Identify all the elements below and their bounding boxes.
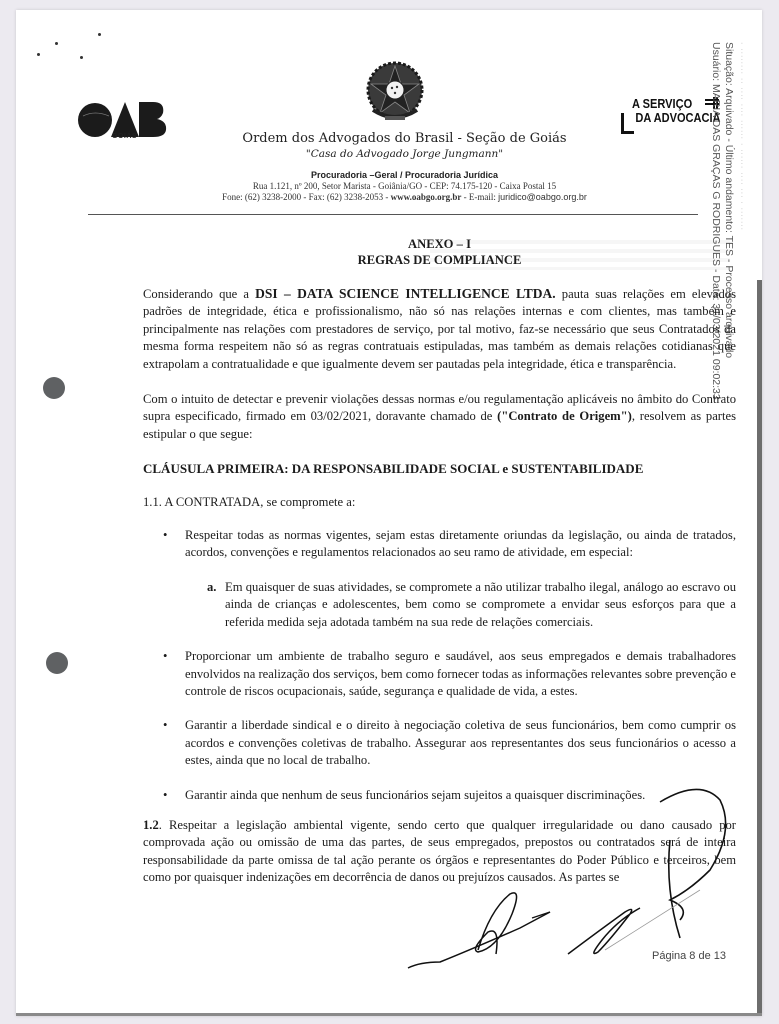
signature-1 bbox=[408, 912, 550, 968]
bullet-icon: • bbox=[163, 527, 167, 544]
item-1-2-label: 1.2 bbox=[143, 818, 159, 832]
list-item: •Respeitar todas as normas vigentes, sej… bbox=[143, 527, 736, 631]
phone-fax: Fone: (62) 3238-2000 - Fax: (62) 3238-20… bbox=[222, 192, 390, 202]
annex-subtitle: REGRAS DE COMPLIANCE bbox=[143, 252, 736, 268]
purpose-paragraph: Com o intuito de detectar e prevenir vio… bbox=[143, 391, 736, 443]
department-name: Procuradoria –Geral / Procuradoria Juríd… bbox=[0, 170, 779, 180]
contract-origin-label: ("Contrato de Origem") bbox=[497, 409, 632, 423]
sub-item-a: a.Em quaisquer de suas atividades, se co… bbox=[185, 579, 736, 631]
address: Rua 1.121, nº 200, Setor Marista - Goiân… bbox=[0, 181, 779, 191]
bullet-icon: • bbox=[163, 787, 167, 804]
org-subtitle: "Casa do Advogado Jorge Jungmann" bbox=[0, 148, 779, 160]
scan-speck bbox=[55, 42, 58, 45]
list-item-text: Respeitar todas as normas vigentes, seja… bbox=[185, 528, 736, 559]
bullet-icon: • bbox=[163, 648, 167, 665]
tagline-line-2: DA ADVOCACIA bbox=[632, 111, 721, 125]
list-item: •Proporcionar um ambiente de trabalho se… bbox=[143, 648, 736, 700]
sub-item-label: a. bbox=[207, 579, 216, 596]
punch-hole bbox=[46, 652, 68, 674]
obligations-list: •Respeitar todas as normas vigentes, sej… bbox=[143, 527, 736, 804]
punch-hole bbox=[43, 377, 65, 399]
intro-paragraph: Considerando que a DSI – DATA SCIENCE IN… bbox=[143, 285, 736, 373]
email-link[interactable]: juridico@oabgo.org.br bbox=[498, 192, 587, 202]
website-link[interactable]: www.oabgo.org.br bbox=[391, 192, 462, 202]
clause-title: CLÁUSULA PRIMEIRA: DA RESPONSABILIDADE S… bbox=[143, 460, 736, 477]
list-item-text: Proporcionar um ambiente de trabalho seg… bbox=[185, 649, 736, 698]
brazil-coat-of-arms-icon bbox=[361, 58, 429, 126]
scan-speck bbox=[37, 53, 40, 56]
signature-2 bbox=[568, 908, 640, 954]
bullet-icon: • bbox=[163, 717, 167, 734]
list-item-text: Garantir ainda que nenhum de seus funcio… bbox=[185, 788, 645, 802]
annex-title: ANEXO – I bbox=[143, 236, 736, 252]
intro-prefix: Considerando que a bbox=[143, 287, 255, 301]
stamp-line-faint: · ········ ·· ···· ···· ······ · ······ … bbox=[735, 42, 748, 400]
sub-item-text: Em quaisquer de suas atividades, se comp… bbox=[225, 580, 736, 629]
scan-speck bbox=[98, 33, 101, 36]
page-number: Página 8 de 13 bbox=[652, 950, 726, 962]
list-item: •Garantir a liberdade sindical e o direi… bbox=[143, 717, 736, 769]
org-name: Ordem dos Advogados do Brasil - Seção de… bbox=[0, 131, 779, 146]
contact-line: Fone: (62) 3238-2000 - Fax: (62) 3238-20… bbox=[0, 192, 779, 202]
list-item-text: Garantir a liberdade sindical e o direit… bbox=[185, 718, 736, 767]
header-divider bbox=[88, 214, 698, 215]
email-label: - E-mail: bbox=[461, 192, 498, 202]
signatures bbox=[400, 870, 720, 980]
page-edge-shadow-bottom bbox=[16, 1013, 762, 1016]
company-name: DSI – DATA SCIENCE INTELLIGENCE LTDA. bbox=[255, 286, 556, 301]
item-1-1: 1.1. A CONTRATADA, se compromete a: bbox=[143, 494, 736, 511]
scan-speck bbox=[80, 56, 83, 59]
page-edge-shadow bbox=[757, 280, 762, 1016]
